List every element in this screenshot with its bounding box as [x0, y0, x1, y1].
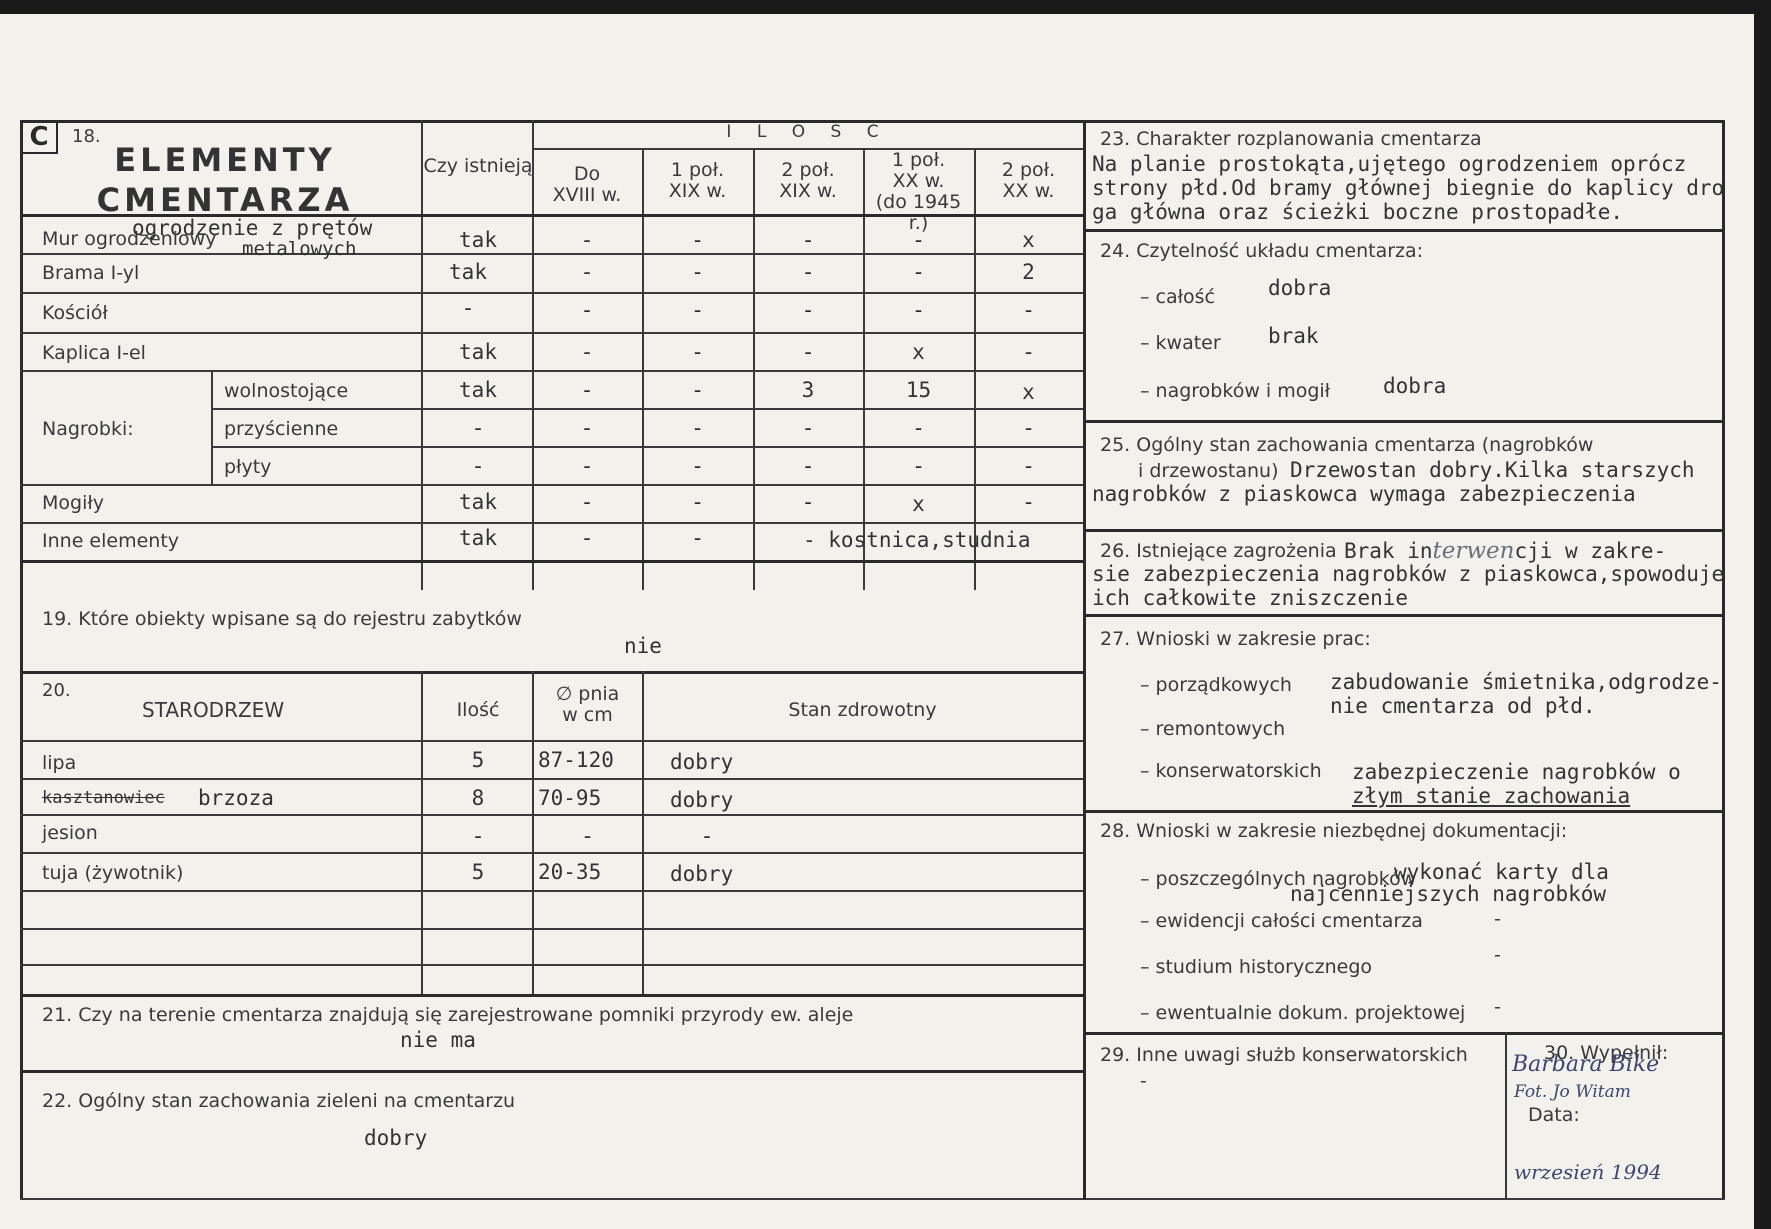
- tree-health: -: [642, 824, 772, 848]
- tree-diameter: 87-120: [538, 748, 614, 772]
- cell-value: -: [532, 416, 642, 440]
- s27-item-value: zabezpieczenie nagrobków o: [1352, 760, 1681, 784]
- tree-name: brzoza: [198, 786, 274, 810]
- s27-item-value: zabudowanie śmietnika,odgrodze-: [1330, 670, 1722, 694]
- s29-value: -: [1140, 1070, 1147, 1092]
- s21-label: 21. Czy na terenie cmentarza znajdują si…: [42, 1004, 853, 1026]
- cell-value: -: [642, 526, 753, 550]
- row-line: [20, 964, 1083, 966]
- cell-value: 15: [863, 378, 974, 402]
- s24-item-value: dobra: [1268, 276, 1331, 300]
- cell-value: -: [974, 298, 1083, 322]
- section-code-box: C: [20, 120, 58, 154]
- s26-text-line3: ich całkowite zniszczenie: [1092, 586, 1408, 610]
- row-label-slabs: płyty: [224, 456, 271, 478]
- s20-title: STARODRZEW: [142, 698, 284, 722]
- row-line: [20, 253, 1083, 255]
- s26-label: 26. Istniejące zagrożenia: [1100, 540, 1337, 562]
- h-s21-bottom: [20, 1070, 1083, 1073]
- cell-exists: tak: [423, 526, 533, 550]
- cell-exists: -: [423, 454, 533, 478]
- cell-value: x: [974, 380, 1083, 404]
- cell-value: -: [532, 298, 642, 322]
- cell-value: -: [642, 378, 753, 402]
- cell-value: x: [863, 492, 974, 516]
- tree-qty: 5: [423, 860, 533, 884]
- cemetery-inventory-form: C 18. ELEMENTY CMENTARZA Czy istnieją I …: [20, 120, 1725, 1200]
- cell-value: -: [974, 490, 1083, 514]
- row-line: [211, 408, 1083, 410]
- s30-signature-2: Fot. Jo Witam: [1514, 1082, 1631, 1102]
- cell-value: -: [532, 454, 642, 478]
- tree-health: dobry: [670, 788, 733, 812]
- row-line: [211, 446, 1083, 448]
- s25-label-line1: 25. Ogólny stan zachowania cmentarza (na…: [1100, 434, 1593, 456]
- s20-col-qty: Ilość: [423, 700, 533, 721]
- cell-value: -: [532, 490, 642, 514]
- tree-name: jesion: [42, 822, 98, 844]
- s19-label: 19. Które obiekty wpisane są do rejestru…: [42, 608, 522, 630]
- row-label-gate: Brama I-yl: [42, 262, 139, 284]
- s24-item-value: brak: [1268, 324, 1319, 348]
- h-s26-bottom: [1083, 614, 1725, 617]
- row-line: [20, 814, 1083, 816]
- s18-title-line1: ELEMENTY: [80, 140, 370, 180]
- row-line: [20, 332, 1083, 334]
- h-s19-bottom: [20, 671, 1083, 674]
- row-line: [20, 370, 1083, 372]
- s28-item-label: – ewentualnie dokum. projektowej: [1140, 1002, 1465, 1024]
- s25-text-line1: Drzewostan dobry.Kilka starszych: [1290, 458, 1695, 482]
- row-line: [20, 890, 1083, 892]
- s28-item-value: wykonać karty dla: [1394, 860, 1609, 884]
- s28-item-label: – studium historycznego: [1140, 956, 1372, 978]
- cell-value: -: [863, 416, 974, 440]
- row-line: [20, 560, 1083, 563]
- tree-qty: 5: [423, 748, 533, 772]
- period-header-3: 1 poł.XX w.(do 1945 r.): [863, 150, 974, 234]
- cell-value: -: [974, 340, 1083, 364]
- cell-value: -: [753, 454, 863, 478]
- s30-signature-1: Barbara Bike: [1512, 1052, 1659, 1077]
- cell-value: -: [532, 228, 642, 252]
- cell-value: -: [753, 260, 863, 284]
- row-label-freestanding: wolnostojące: [224, 380, 348, 402]
- s30-date-label: Data:: [1528, 1104, 1580, 1126]
- row-line: [20, 740, 1083, 742]
- frame-bottom: [20, 1198, 1725, 1200]
- cell-exists: tak: [423, 340, 533, 364]
- h-s27-bottom: [1083, 810, 1725, 813]
- cell-value: -: [753, 490, 863, 514]
- cell-value: -: [753, 228, 863, 252]
- s28-label: 28. Wnioski w zakresie niezbędnej dokume…: [1100, 820, 1567, 842]
- row-line: [20, 852, 1083, 854]
- s22-label: 22. Ogólny stan zachowania zieleni na cm…: [42, 1090, 515, 1112]
- cell-value: -: [532, 526, 642, 550]
- s20-col-health: Stan zdrowotny: [642, 700, 1083, 721]
- cell-value: -: [974, 416, 1083, 440]
- s24-item-value: dobra: [1383, 374, 1446, 398]
- row-line: [20, 778, 1083, 780]
- h-s20-bottom: [20, 994, 1083, 997]
- cell-value: x: [863, 340, 974, 364]
- s24-item-label: – kwater: [1140, 332, 1221, 354]
- s24-item-label: – całość: [1140, 286, 1215, 308]
- cell-value: -: [532, 378, 642, 402]
- s23-text-line: Na planie prostokąta,ujętego ogrodzeniem…: [1092, 152, 1686, 176]
- s25-label-line2: i drzewostanu): [1138, 460, 1279, 482]
- cell-exists: tak: [423, 490, 533, 514]
- tree-qty: 8: [423, 786, 533, 810]
- wall-typed-note-1: ogrodzenie z prętów: [132, 216, 372, 240]
- s30-date-value: wrzesień 1994: [1514, 1160, 1662, 1184]
- row-line: [20, 522, 1083, 524]
- col-exists-header: Czy istnieją: [423, 156, 533, 177]
- cell-value: 3: [753, 378, 863, 402]
- s28-item-label: – ewidencji całości cmentarza: [1140, 910, 1423, 932]
- s23-text-line: strony płd.Od bramy głównej biegnie do k…: [1092, 176, 1724, 200]
- s24-item-label: – nagrobków i mogił: [1140, 380, 1330, 402]
- row-label-church: Kościół: [42, 302, 108, 324]
- frame-left: [20, 120, 23, 1200]
- row-label-other: Inne elementy: [42, 530, 179, 552]
- s20-col-diameter: ∅ pniaw cm: [532, 684, 643, 726]
- v-s30: [1505, 1032, 1507, 1200]
- period-header-2: 2 poł.XIX w.: [753, 160, 863, 202]
- s28-item-value: -: [1494, 908, 1501, 930]
- cell-exists: tak: [423, 260, 513, 284]
- col-quantity-header: I L O Ś Ć: [532, 122, 1083, 143]
- cell-value: -: [974, 454, 1083, 478]
- cell-value: -: [642, 228, 753, 252]
- cell-value: -: [532, 340, 642, 364]
- s23-label: 23. Charakter rozplanowania cmentarza: [1100, 128, 1482, 150]
- s27-item-value: złym stanie zachowania: [1352, 784, 1630, 808]
- cell-value: -: [642, 298, 753, 322]
- s25-text-line2: nagrobków z piaskowca wymaga zabezpiecze…: [1092, 482, 1636, 506]
- s27-label: 27. Wnioski w zakresie prac:: [1100, 628, 1371, 650]
- s26-text-line1: Brak interwencji w zakre-: [1344, 538, 1666, 564]
- tree-qty: -: [423, 824, 533, 848]
- row-label-chapel: Kaplica I-el: [42, 342, 146, 364]
- row-line: [20, 292, 1083, 294]
- s28-item-value: -: [1494, 996, 1501, 1018]
- cell-value: 2: [974, 260, 1083, 284]
- cell-exists: -: [423, 296, 513, 320]
- row-group-tombstones: Nagrobki:: [42, 418, 134, 440]
- row-label-wall-mounted: przyścienne: [224, 418, 338, 440]
- tree-name: tuja (żywotnik): [42, 862, 183, 884]
- tree-diameter: 70-95: [538, 786, 601, 810]
- s27-item-label: – remontowych: [1140, 718, 1285, 740]
- period-header-0: DoXVIII w.: [532, 164, 642, 206]
- cell-value: -: [753, 340, 863, 364]
- s21-answer: nie ma: [400, 1028, 476, 1052]
- cell-value: -: [863, 228, 974, 252]
- tree-diameter: -: [532, 824, 643, 848]
- tree-health: dobry: [670, 750, 733, 774]
- frame-right: [1722, 120, 1725, 1200]
- s27-item-label: – konserwatorskich: [1140, 760, 1322, 782]
- s22-answer: dobry: [364, 1126, 427, 1150]
- v-nagrobki-sub: [211, 370, 213, 484]
- cell-value: -: [753, 416, 863, 440]
- cell-exists: tak: [423, 228, 533, 252]
- s29-label: 29. Inne uwagi służb konserwatorskich: [1100, 1044, 1468, 1066]
- h-s25-bottom: [1083, 529, 1725, 532]
- cell-value: -: [753, 298, 863, 322]
- row-line: [20, 484, 1083, 486]
- period-header-1: 1 poł.XIX w.: [642, 160, 753, 202]
- s24-label: 24. Czytelność układu cmentarza:: [1100, 240, 1423, 262]
- period-header-4: 2 poł.XX w.: [974, 160, 1083, 202]
- h-s24-bottom: [1083, 420, 1725, 423]
- column-divider: [1083, 120, 1086, 1200]
- h-s28-bottom: [1083, 1032, 1725, 1035]
- other-elements-note: - kostnica,studnia: [803, 528, 1031, 552]
- cell-exists: tak: [423, 378, 533, 402]
- tree-name: lipa: [42, 752, 76, 774]
- cell-value: -: [863, 454, 974, 478]
- s27-item-value: nie cmentarza od płd.: [1330, 694, 1596, 718]
- cell-value: -: [863, 298, 974, 322]
- s26-handwritten-correction: terwen: [1433, 538, 1515, 564]
- h-quantity-sub: [532, 148, 1083, 150]
- s28-item-value: -: [1494, 944, 1501, 966]
- s27-item-label: – porządkowych: [1140, 674, 1292, 696]
- cell-value: -: [532, 260, 642, 284]
- s26-text-line2: sie zabezpieczenia nagrobków z piaskowca…: [1092, 562, 1724, 586]
- s23-text-line: ga główna oraz ścieżki boczne prostopadł…: [1092, 200, 1623, 224]
- s28-item-value: najcenniejszych nagrobków: [1290, 882, 1606, 906]
- h-s23-bottom: [1083, 229, 1725, 232]
- cell-value: -: [642, 260, 753, 284]
- cell-value: -: [642, 340, 753, 364]
- s19-answer: nie: [624, 634, 662, 658]
- row-line: [20, 928, 1083, 930]
- row-label-graves: Mogiły: [42, 492, 104, 514]
- tree-health: dobry: [670, 862, 733, 886]
- cell-value: -: [642, 416, 753, 440]
- wall-typed-note-2: metalowych: [242, 238, 356, 260]
- cell-value: -: [863, 260, 974, 284]
- s20-number: 20.: [42, 680, 71, 701]
- cell-value: -: [642, 454, 753, 478]
- tree-diameter: 20-35: [538, 860, 601, 884]
- scanned-form-page: C 18. ELEMENTY CMENTARZA Czy istnieją I …: [0, 14, 1754, 1229]
- cell-value: x: [974, 228, 1083, 252]
- cell-value: -: [642, 490, 753, 514]
- cell-exists: -: [423, 416, 533, 440]
- tree-name-crossed-out: kasztanowiec: [42, 788, 165, 808]
